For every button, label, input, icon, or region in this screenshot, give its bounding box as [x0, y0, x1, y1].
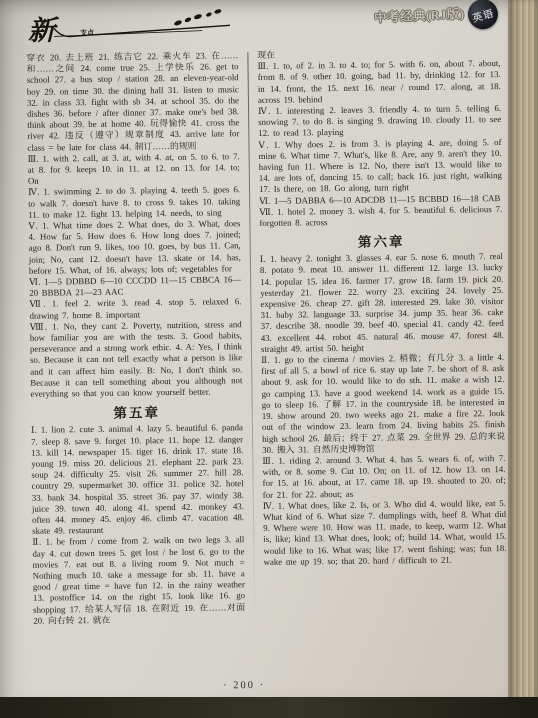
swoosh-footprints-icon	[52, 4, 252, 46]
right-column: 现在 Ⅲ. 1. to, of 2. in 3. to 4. to; for 5…	[257, 47, 507, 624]
column-divider	[247, 52, 255, 624]
answer-block: Ⅶ. 1. feel 2. write 3. read 4. stop 5. r…	[29, 297, 241, 322]
left-column: 穿衣 20. 去上班 21. 练吉它 22. 乘火车 23. 在……和……之间 …	[26, 50, 245, 627]
brand-logo-subtext: 支点	[80, 28, 94, 38]
answer-block: Ⅴ. 1. What time does 2. What does, do 3.…	[28, 218, 241, 277]
answer-block: Ⅰ. 1. lion 2. cute 3. animal 4. lazy 5. …	[31, 422, 244, 537]
page-content: 新 支点 中考经典(RJ版) 英语	[0, 0, 516, 704]
answer-block: Ⅷ. 1. No, they cant 2. Poverty, nutritio…	[30, 319, 243, 400]
answer-block: Ⅳ. 1. interesting 2. leaves 3. friendly …	[258, 103, 501, 140]
book-page: 新 支点 中考经典(RJ版) 英语	[0, 0, 512, 701]
page-header: 新 支点 中考经典(RJ版) 英语	[0, 0, 508, 51]
header-right: 中考经典(RJ版) 英语	[374, 0, 498, 31]
answer-block: Ⅲ. 1. with 2. call, at 3. at, with 4. at…	[28, 151, 240, 187]
answer-block: Ⅲ. 1. riding 2. around 3. What 4. has 5.…	[262, 453, 506, 501]
answer-block: Ⅳ. 1. What does, like 2. Is, or 3. Who d…	[263, 498, 507, 568]
book-photo: 新 支点 中考经典(RJ版) 英语	[0, 0, 538, 718]
answer-columns: 穿衣 20. 去上班 21. 练吉它 22. 乘火车 23. 在……和……之间 …	[26, 47, 507, 627]
answer-block: Ⅱ. 1. go to the cinema / movies 2. 稍微；有几…	[261, 352, 505, 456]
subject-stamp-label: 英语	[470, 4, 495, 24]
chapter-heading-6: 第六章	[260, 229, 503, 252]
subject-stamp: 英语	[465, 0, 502, 33]
answer-block: Ⅳ. 1. swimming 2. to do 3. playing 4. te…	[28, 185, 240, 221]
answer-block: Ⅰ. 1. heavy 2. tonight 3. glasses 4. ear…	[260, 251, 504, 355]
chapter-heading-5: 第五章	[31, 400, 243, 423]
answer-block: Ⅵ. 1—5 DDBBD 6—10 CCCDD 11—15 CBBCA 16—2…	[29, 274, 241, 299]
answer-block: Ⅶ. 1. hotel 2. money 3. wish 4. for 5. b…	[259, 204, 502, 229]
answer-block: 穿衣 20. 去上班 21. 练吉它 22. 乘火车 23. 在……和……之间 …	[26, 50, 239, 153]
answer-block: Ⅱ. 1. be from / come from 2. walk on two…	[32, 534, 245, 626]
answer-block: Ⅲ. 1. to, of 2. in 3. to 4. to; for 5. w…	[257, 58, 501, 106]
series-title: 中考经典(RJ版)	[374, 4, 465, 26]
brand-logo-character: 新	[28, 8, 54, 47]
page-number: · 200 ·	[4, 677, 484, 694]
brand-logo: 新 支点	[22, 4, 252, 47]
desk-surface	[0, 697, 538, 718]
answer-block: Ⅴ. 1. Why does 2. is from 3. is playing …	[258, 137, 502, 196]
page-stack-edge	[508, 0, 538, 701]
